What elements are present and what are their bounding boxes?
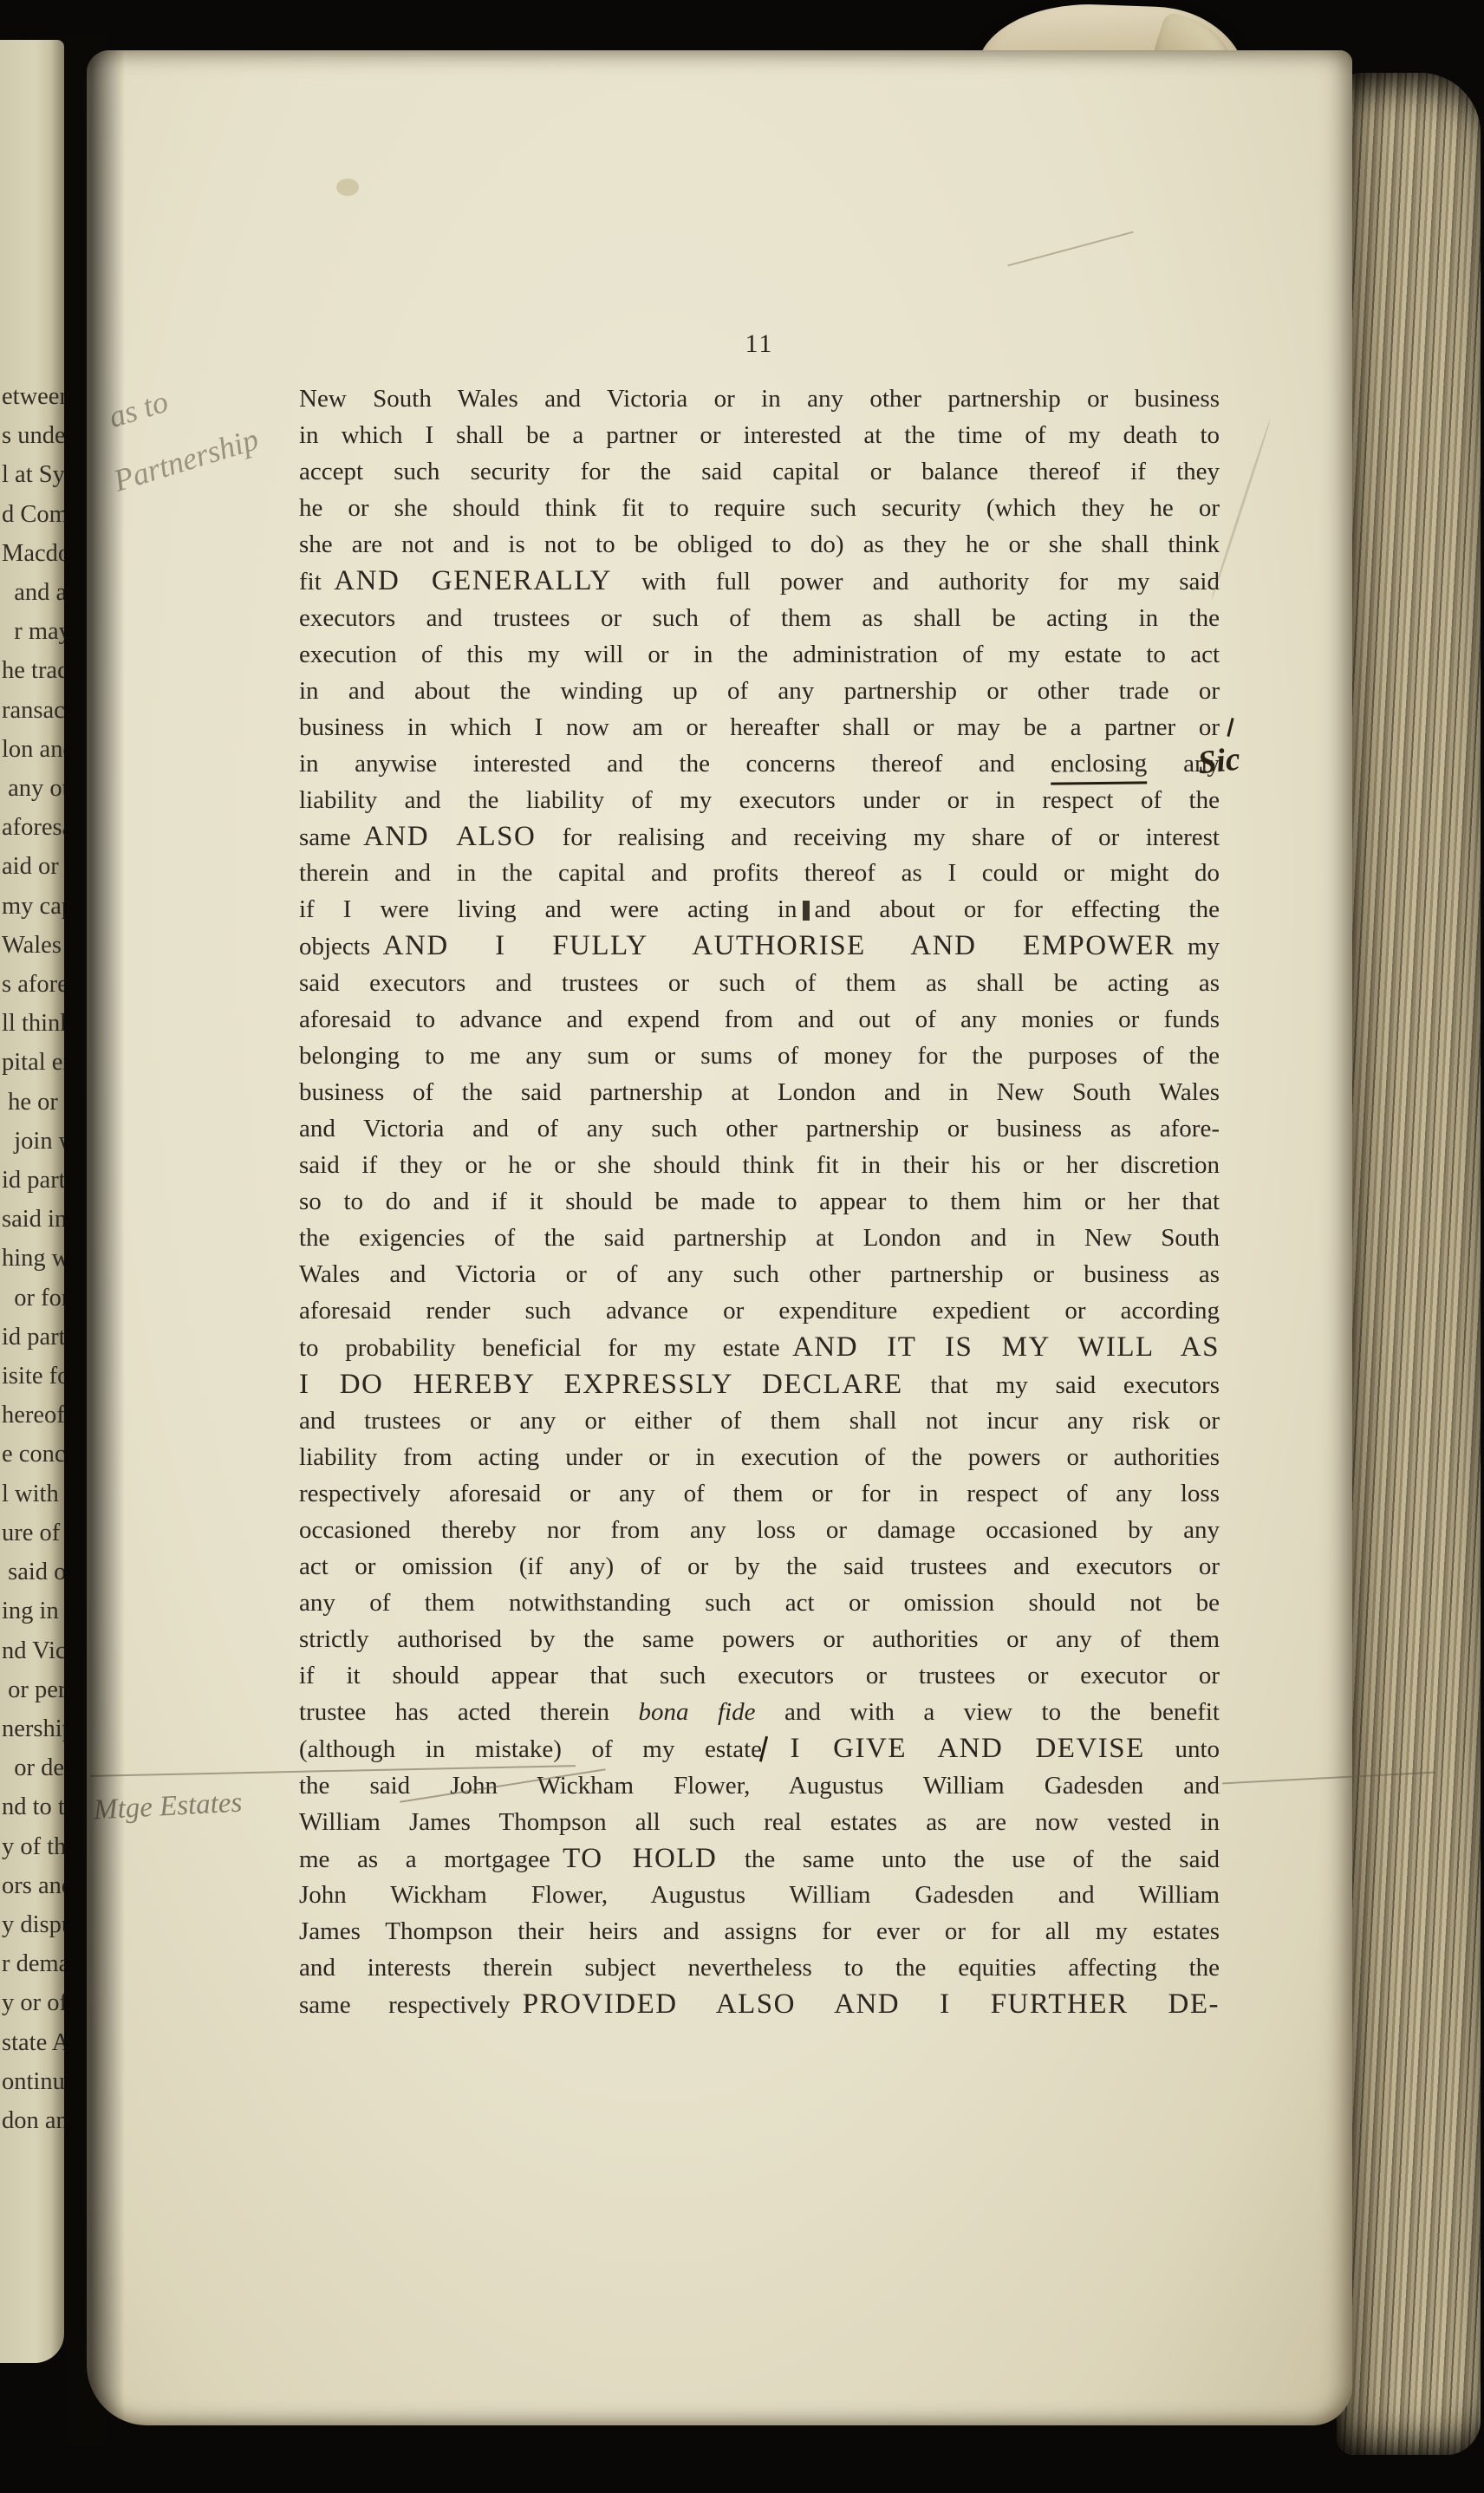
book-scan: etween ms under thl at Sydned CompanMacd… [0,0,1484,2493]
facing-text-fragment: aid or a [2,847,64,886]
facing-text-fragment: id partne [2,1161,64,1200]
scratch-mark [1007,231,1133,267]
text-line: if it should appear that such executors … [299,1657,1220,1694]
facing-text-fragment: y disputed [2,1905,64,1944]
text-line: therein and in the capital and profits t… [299,855,1220,891]
facing-text-fragment: hereof an [2,1396,64,1435]
text-line: Wales and Victoria or of any such other … [299,1256,1220,1292]
facing-text-fragment: ontinued o [2,2062,64,2101]
text-line: me as a mortgagee TO HOLD the same unto … [299,1840,1220,1877]
facing-text-fragment: s afores [2,965,64,1004]
facing-text-fragment: said oth [2,1552,64,1591]
facing-text-fragment: he trade o [2,651,64,690]
text-line: executors and trustees or such of them a… [299,600,1220,636]
body-text: New South Wales and Victoria or in any o… [299,381,1220,2022]
text-line: the exigencies of the said partnership a… [299,1220,1220,1256]
facing-text-fragment: join wit [2,1122,64,1161]
facing-text-fragment: pital eith [2,1043,64,1082]
text-line: to probability beneficial for my estate … [299,1329,1220,1365]
text-line: execution of this my will or in the admi… [299,636,1220,673]
page-number: 11 [299,329,1220,359]
facing-text-fragment: l with a [2,1474,64,1513]
fore-edge-page-stack [1337,73,1481,2455]
text-line: she are not and is not to be obliged to … [299,526,1220,563]
facing-text-fragment: y or of c [2,1983,64,2022]
text-line: in anywise interested and the concerns t… [299,745,1220,782]
text-line: strictly authorised by the same powers o… [299,1621,1220,1657]
text-line: liability from acting under or in execut… [299,1439,1220,1475]
facing-text-fragment: e concer [2,1435,64,1474]
facing-text-fragment: isite for th [2,1357,64,1396]
facing-text-fragment: Wales an [2,926,64,965]
text-line: accept such security for the said capita… [299,453,1220,490]
text-line: if I were living and were acting inand a… [299,891,1220,928]
text-line: William James Thompson all such real est… [299,1804,1220,1840]
facing-text-fragment: ors and i [2,1866,64,1905]
text-line: respectively aforesaid or any of them or… [299,1475,1220,1512]
text-line: occasioned thereby nor from any loss or … [299,1512,1220,1548]
text-line: objects AND I FULLY AUTHORISE AND EMPOWE… [299,928,1220,964]
text-line: the said John Wickham Flower, Augustus W… [299,1767,1220,1804]
facing-text-fragment: hing whi [2,1239,64,1278]
facing-text-fragment: don and in [2,2101,64,2140]
facing-text-fragment: or person [2,1670,64,1709]
text-line: he or she should think fit to require su… [299,490,1220,526]
text-line: act or omission (if any) of or by the sa… [299,1548,1220,1585]
facing-text-fragment: ure of th [2,1513,64,1552]
facing-text-fragment: r may b [2,612,64,651]
facing-text-fragment: Macdonal [2,534,64,573]
facing-text-fragment: my capit [2,887,64,926]
facing-text-fragment: ll think t [2,1004,64,1043]
facing-text-fragment: said in an [2,1200,64,1239]
text-line: James Thompson their heirs and assigns f… [299,1913,1220,1949]
margin-note-mtge-estates: Mtge Estates [93,1787,243,1827]
facing-text-fragment: s under th [2,416,64,455]
facing-text-fragment: or for m [2,1279,64,1318]
text-line: aforesaid render such advance or expendi… [299,1292,1220,1329]
text-line: same AND ALSO for realising and receivin… [299,818,1220,855]
text-line: liability and the liability of my execut… [299,782,1220,818]
facing-text-fragment: l at Sydne [2,455,64,494]
text-line: fit AND GENERALLY with full power and au… [299,563,1220,599]
scanned-page: 11 New South Wales and Victoria or in an… [87,50,1352,2425]
facing-text-fragment: aforesaid [2,808,64,847]
facing-page-text: etween ms under thl at Sydned CompanMacd… [2,377,64,2140]
facing-text-fragment: etween m [2,377,64,416]
facing-text-fragment: r demands [2,1944,64,1983]
facing-text-fragment: nd to tak [2,1787,64,1826]
text-line: belonging to me any sum or sums of money… [299,1038,1220,1074]
facing-text-fragment: he or sh [2,1083,64,1122]
facing-text-fragment: y of them [2,1827,64,1866]
text-line: New South Wales and Victoria or in any o… [299,381,1220,417]
text-line: and trustees or any or either of them sh… [299,1403,1220,1439]
text-line: I DO HEREBY EXPRESSLY DECLARE that my sa… [299,1366,1220,1403]
facing-text-fragment: nd Victori [2,1631,64,1670]
text-line: business of the said partnership at Lond… [299,1074,1220,1110]
paper-stain [336,179,359,196]
text-line: and Victoria and of any such other partn… [299,1110,1220,1147]
text-line: trustee has acted therein bona fide and … [299,1694,1220,1730]
facing-text-fragment: or debtor [2,1748,64,1787]
ink-tick-mark [1227,718,1233,737]
facing-text-fragment: nership o [2,1709,64,1748]
margin-note-partnership: as to Partnership [88,348,267,511]
facing-text-fragment: ransaction [2,691,64,730]
text-line: John Wickham Flower, Augustus William Ga… [299,1877,1220,1913]
facing-text-fragment: d Compan [2,495,64,534]
text-line: in and about the winding up of any partn… [299,673,1220,709]
facing-page-sliver: etween ms under thl at Sydned CompanMacd… [0,40,64,2363]
text-line: and interests therein subject neverthele… [299,1949,1220,1986]
text-line: (although in mistake) of my estate I GIV… [299,1730,1220,1767]
text-line: in which I shall be a partner or interes… [299,417,1220,453]
text-line: business in which I now am or hereafter … [299,709,1220,745]
facing-text-fragment: ing in th [2,1591,64,1631]
text-line: said executors and trustees or such of t… [299,965,1220,1001]
text-line: so to do and if it should be made to app… [299,1183,1220,1220]
text-line: same respectively PROVIDED ALSO AND I FU… [299,1986,1220,2022]
facing-text-fragment: lon and i [2,730,64,769]
facing-text-fragment: id partne [2,1318,64,1357]
margin-note-sic: Sic [1196,740,1242,783]
facing-text-fragment: any oth [2,769,64,808]
text-line: aforesaid to advance and expend from and… [299,1001,1220,1038]
text-line: any of them notwithstanding such act or … [299,1585,1220,1621]
facing-text-fragment: and an [2,573,64,612]
text-line: said if they or he or she should think f… [299,1147,1220,1183]
facing-text-fragment: state And [2,2023,64,2062]
